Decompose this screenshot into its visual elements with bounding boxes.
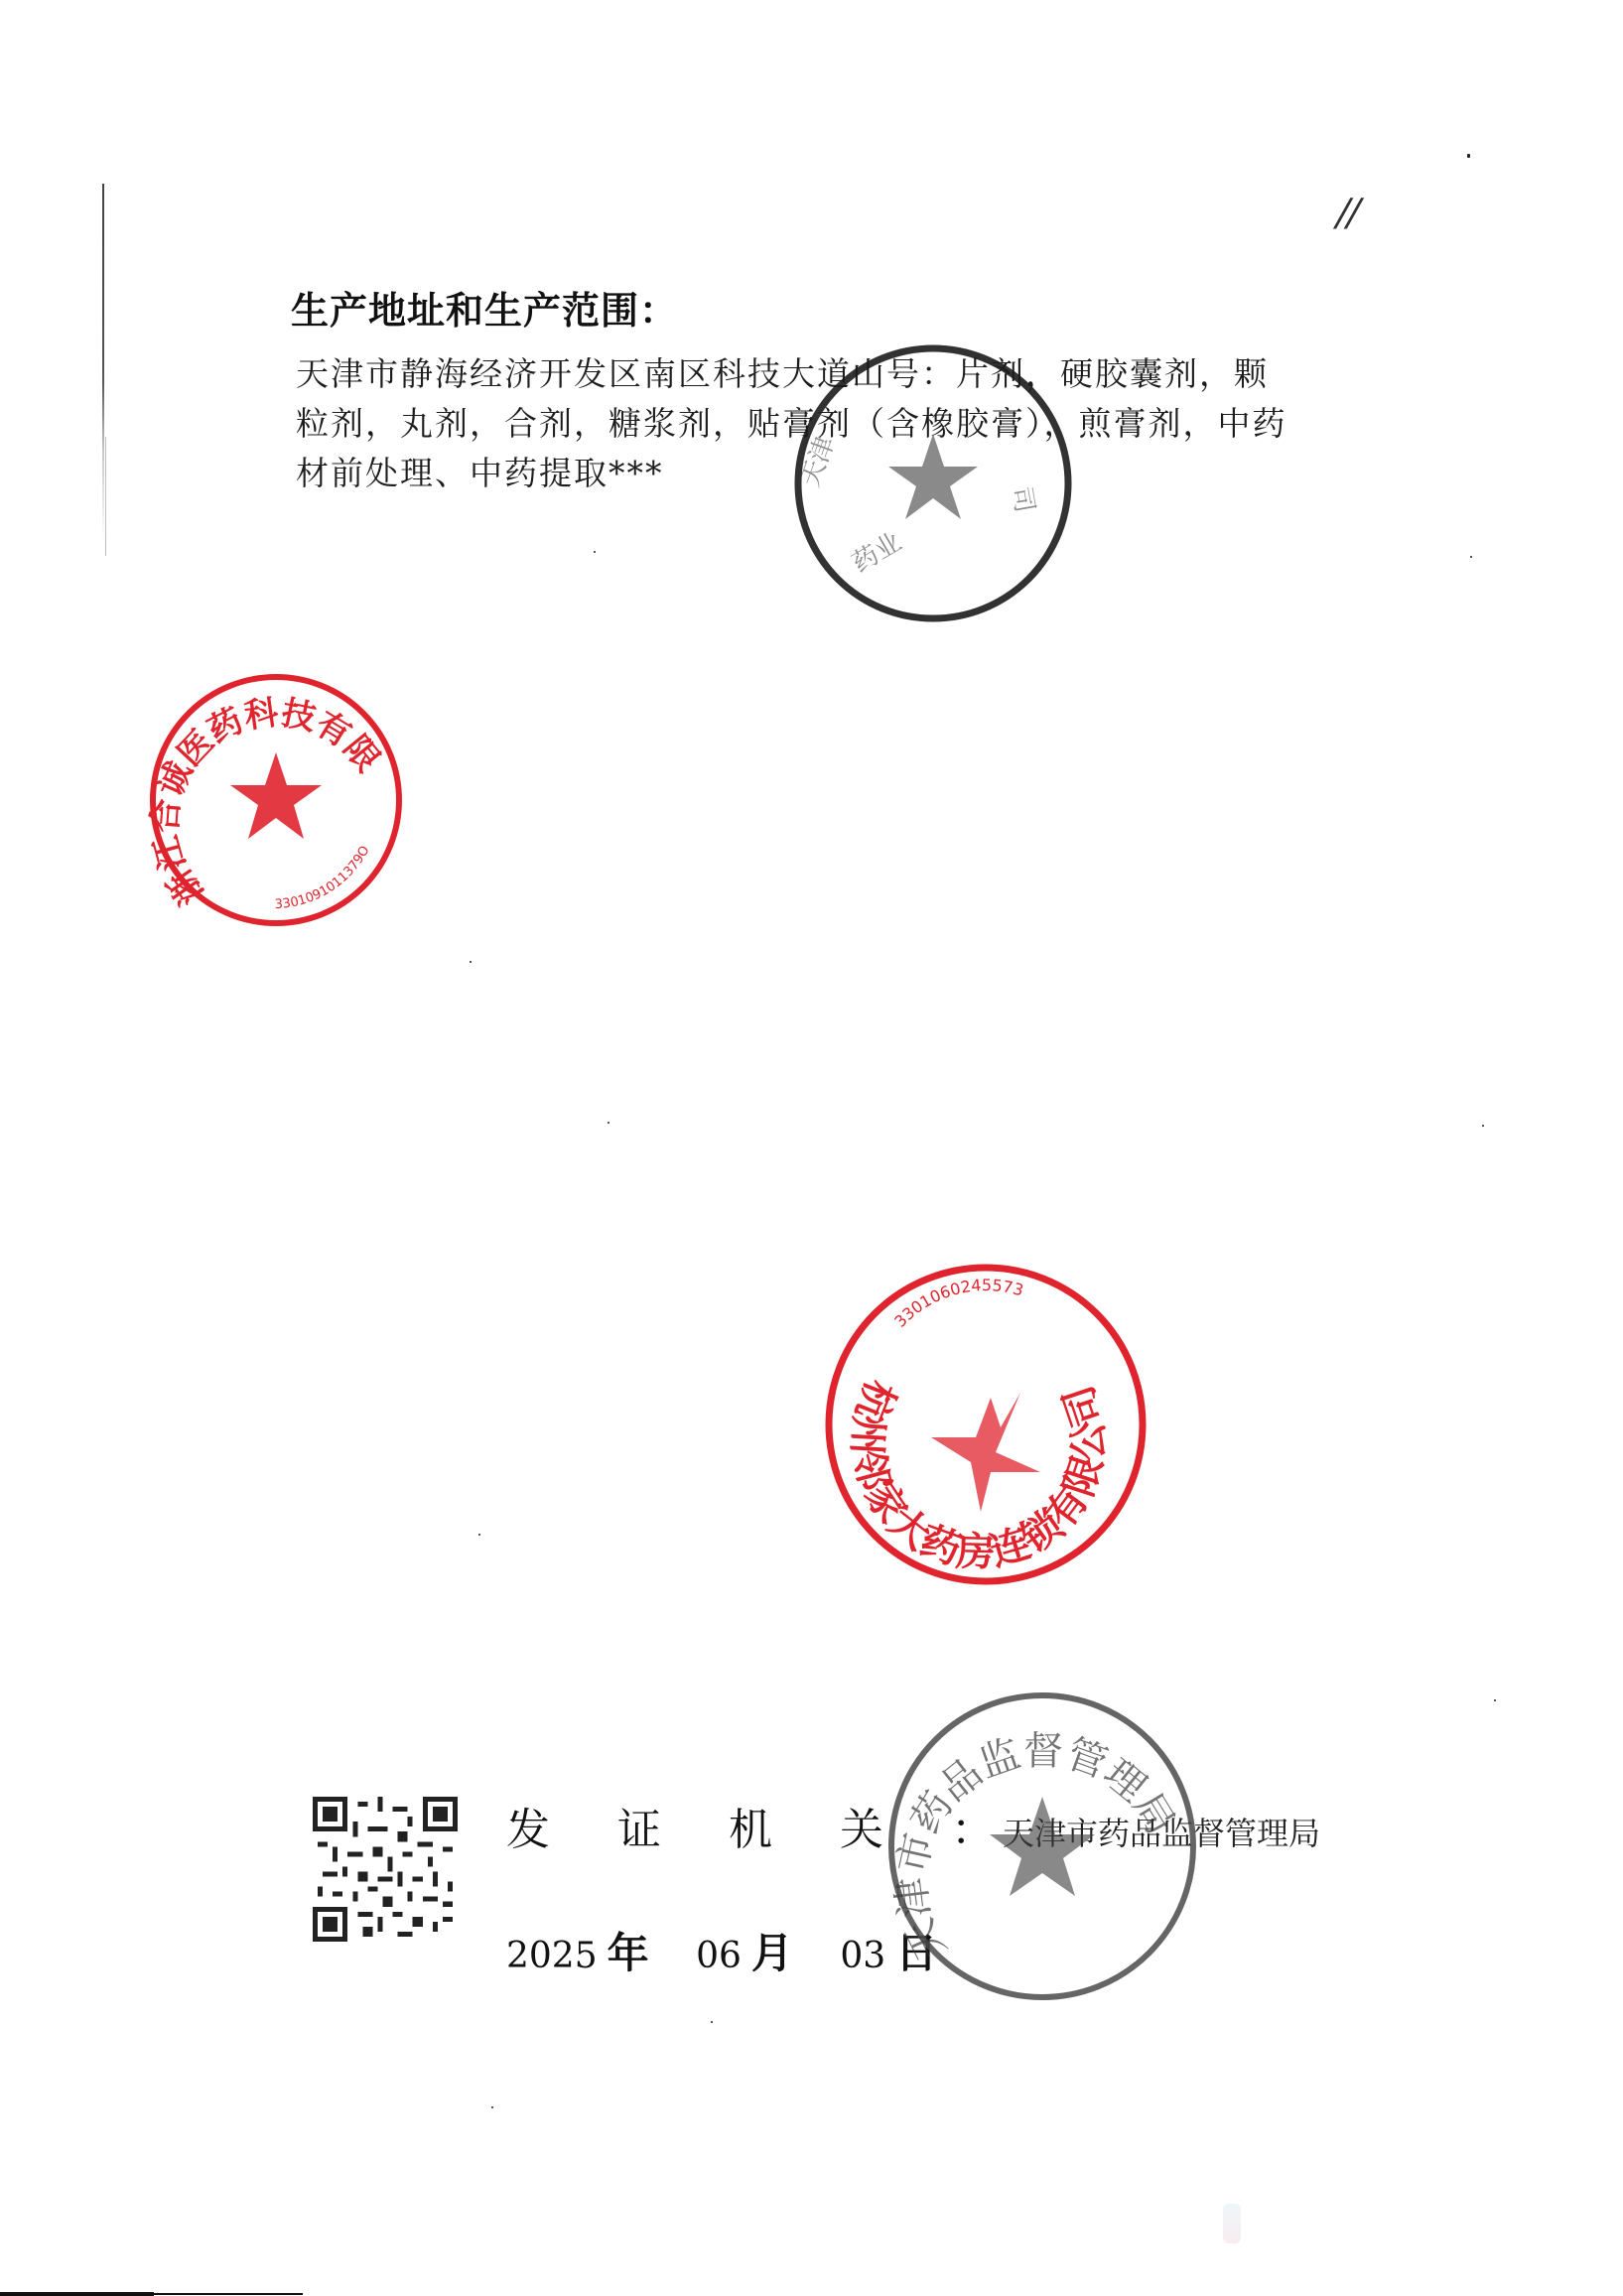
scan-speck (1470, 556, 1472, 558)
scan-speck (1482, 1125, 1484, 1127)
scan-edge-bar (154, 2293, 303, 2295)
star-icon (888, 434, 978, 519)
scan-speck (608, 1122, 609, 1124)
scan-speck (711, 2021, 713, 2023)
corner-mark: // (1332, 191, 1365, 234)
authority-stamp-black: 天津市药品监督管理局 (879, 1688, 1206, 2005)
scan-speck (478, 1534, 480, 1536)
date-month-unit: 月 (751, 1929, 793, 1977)
scan-speck (1494, 1699, 1496, 1701)
svg-text:司: 司 (1006, 484, 1039, 515)
scan-speck (491, 2106, 493, 2108)
svg-text:3301091011379O: 3301091011379O (274, 844, 372, 912)
company-stamp-red-center: 杭州邻家大药房连锁有限公司 3301060245573 (822, 1259, 1150, 1591)
scan-smudge (1223, 2204, 1241, 2243)
company-stamp-red-left: 浙江合诚医药科技有限公司 3301091011379O (146, 670, 406, 930)
star-icon (931, 1393, 1040, 1512)
scan-edge-bar (0, 2292, 154, 2296)
section-title: 生产地址和生产范围： (291, 280, 678, 335)
star-icon (990, 1797, 1095, 1896)
qr-code-icon[interactable] (313, 1797, 458, 1942)
svg-text:药业: 药业 (848, 527, 907, 579)
scan-speck (470, 961, 472, 963)
scan-margin-line (102, 184, 104, 541)
date-year-unit: 年 (608, 1929, 649, 1977)
scan-speck (1467, 154, 1470, 158)
company-stamp-black: 天津 司 药业 (789, 339, 1077, 627)
scan-margin-line (105, 437, 106, 556)
date-month: 06 (696, 1936, 742, 1976)
star-icon (230, 752, 322, 839)
scan-speck (594, 551, 596, 553)
date-year: 2025 (506, 1936, 598, 1976)
